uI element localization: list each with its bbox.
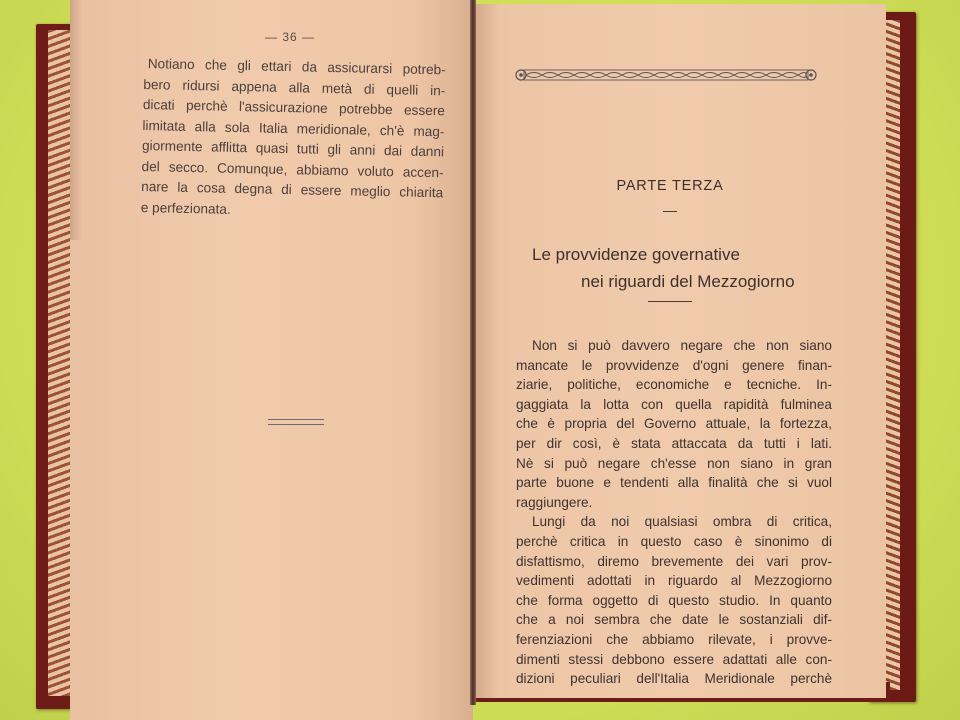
text-line: che è propria del Governo attuale, la fo… bbox=[516, 414, 832, 434]
text-line: vedimenti adottati in riguardo al Mezzog… bbox=[516, 571, 832, 591]
text-line: per dir così, è stata attaccata da tutti… bbox=[516, 434, 832, 454]
chapter-title-rule bbox=[648, 301, 692, 302]
text-line: Non si può davvero negare che non siano bbox=[516, 336, 832, 356]
text-line: Lungi da noi qualsiasi ombra di critica, bbox=[516, 512, 832, 532]
part-title: PARTE TERZA bbox=[560, 178, 780, 194]
text-line: che a noi sembra che date le sostanziali… bbox=[516, 610, 832, 630]
text-line: mancate le provvidenze d'ogni genere fin… bbox=[516, 356, 832, 376]
text-line: gaggiata la lotta con quella rapidità fu… bbox=[516, 395, 832, 415]
page-number: — 36 — bbox=[250, 30, 330, 44]
text-line: ziarie, politiche, economiche e tecniche… bbox=[516, 375, 832, 395]
text-line: ferenziazioni che abbiamo rilevate, i pr… bbox=[516, 630, 832, 650]
left-page-edge-shadow bbox=[70, 0, 82, 240]
title-dash bbox=[663, 211, 677, 212]
decorative-border-ornament bbox=[514, 67, 818, 83]
right-page-body: Non si può davvero negare che non siano … bbox=[516, 336, 832, 689]
chapter-title-line-2: nei riguardi del Mezzogiorno bbox=[581, 272, 795, 292]
book-gutter bbox=[470, 0, 476, 705]
text-line: disfattismo, diremo brevemente dei vari … bbox=[516, 552, 832, 572]
chapter-title-line-1: Le provvidenze governative bbox=[532, 245, 740, 265]
text-line: che forma oggetto di questo studio. In q… bbox=[516, 591, 832, 611]
text-line: raggiungere. bbox=[516, 493, 832, 513]
left-page-paragraph: Notiano che gli ettari da assicurarsi po… bbox=[141, 54, 446, 224]
section-end-double-rule bbox=[268, 419, 324, 425]
text-line: Nè si può negare ch'esse non siano in gr… bbox=[516, 454, 832, 474]
text-line: parte buone e tendenti alla finalità che… bbox=[516, 473, 832, 493]
text-line: perchè critica in questo caso è sinonimo… bbox=[516, 532, 832, 552]
text-line: dizioni peculiari dell'Italia Meridional… bbox=[516, 669, 832, 689]
text-line: dimenti stessi debbono essere adattati a… bbox=[516, 650, 832, 670]
